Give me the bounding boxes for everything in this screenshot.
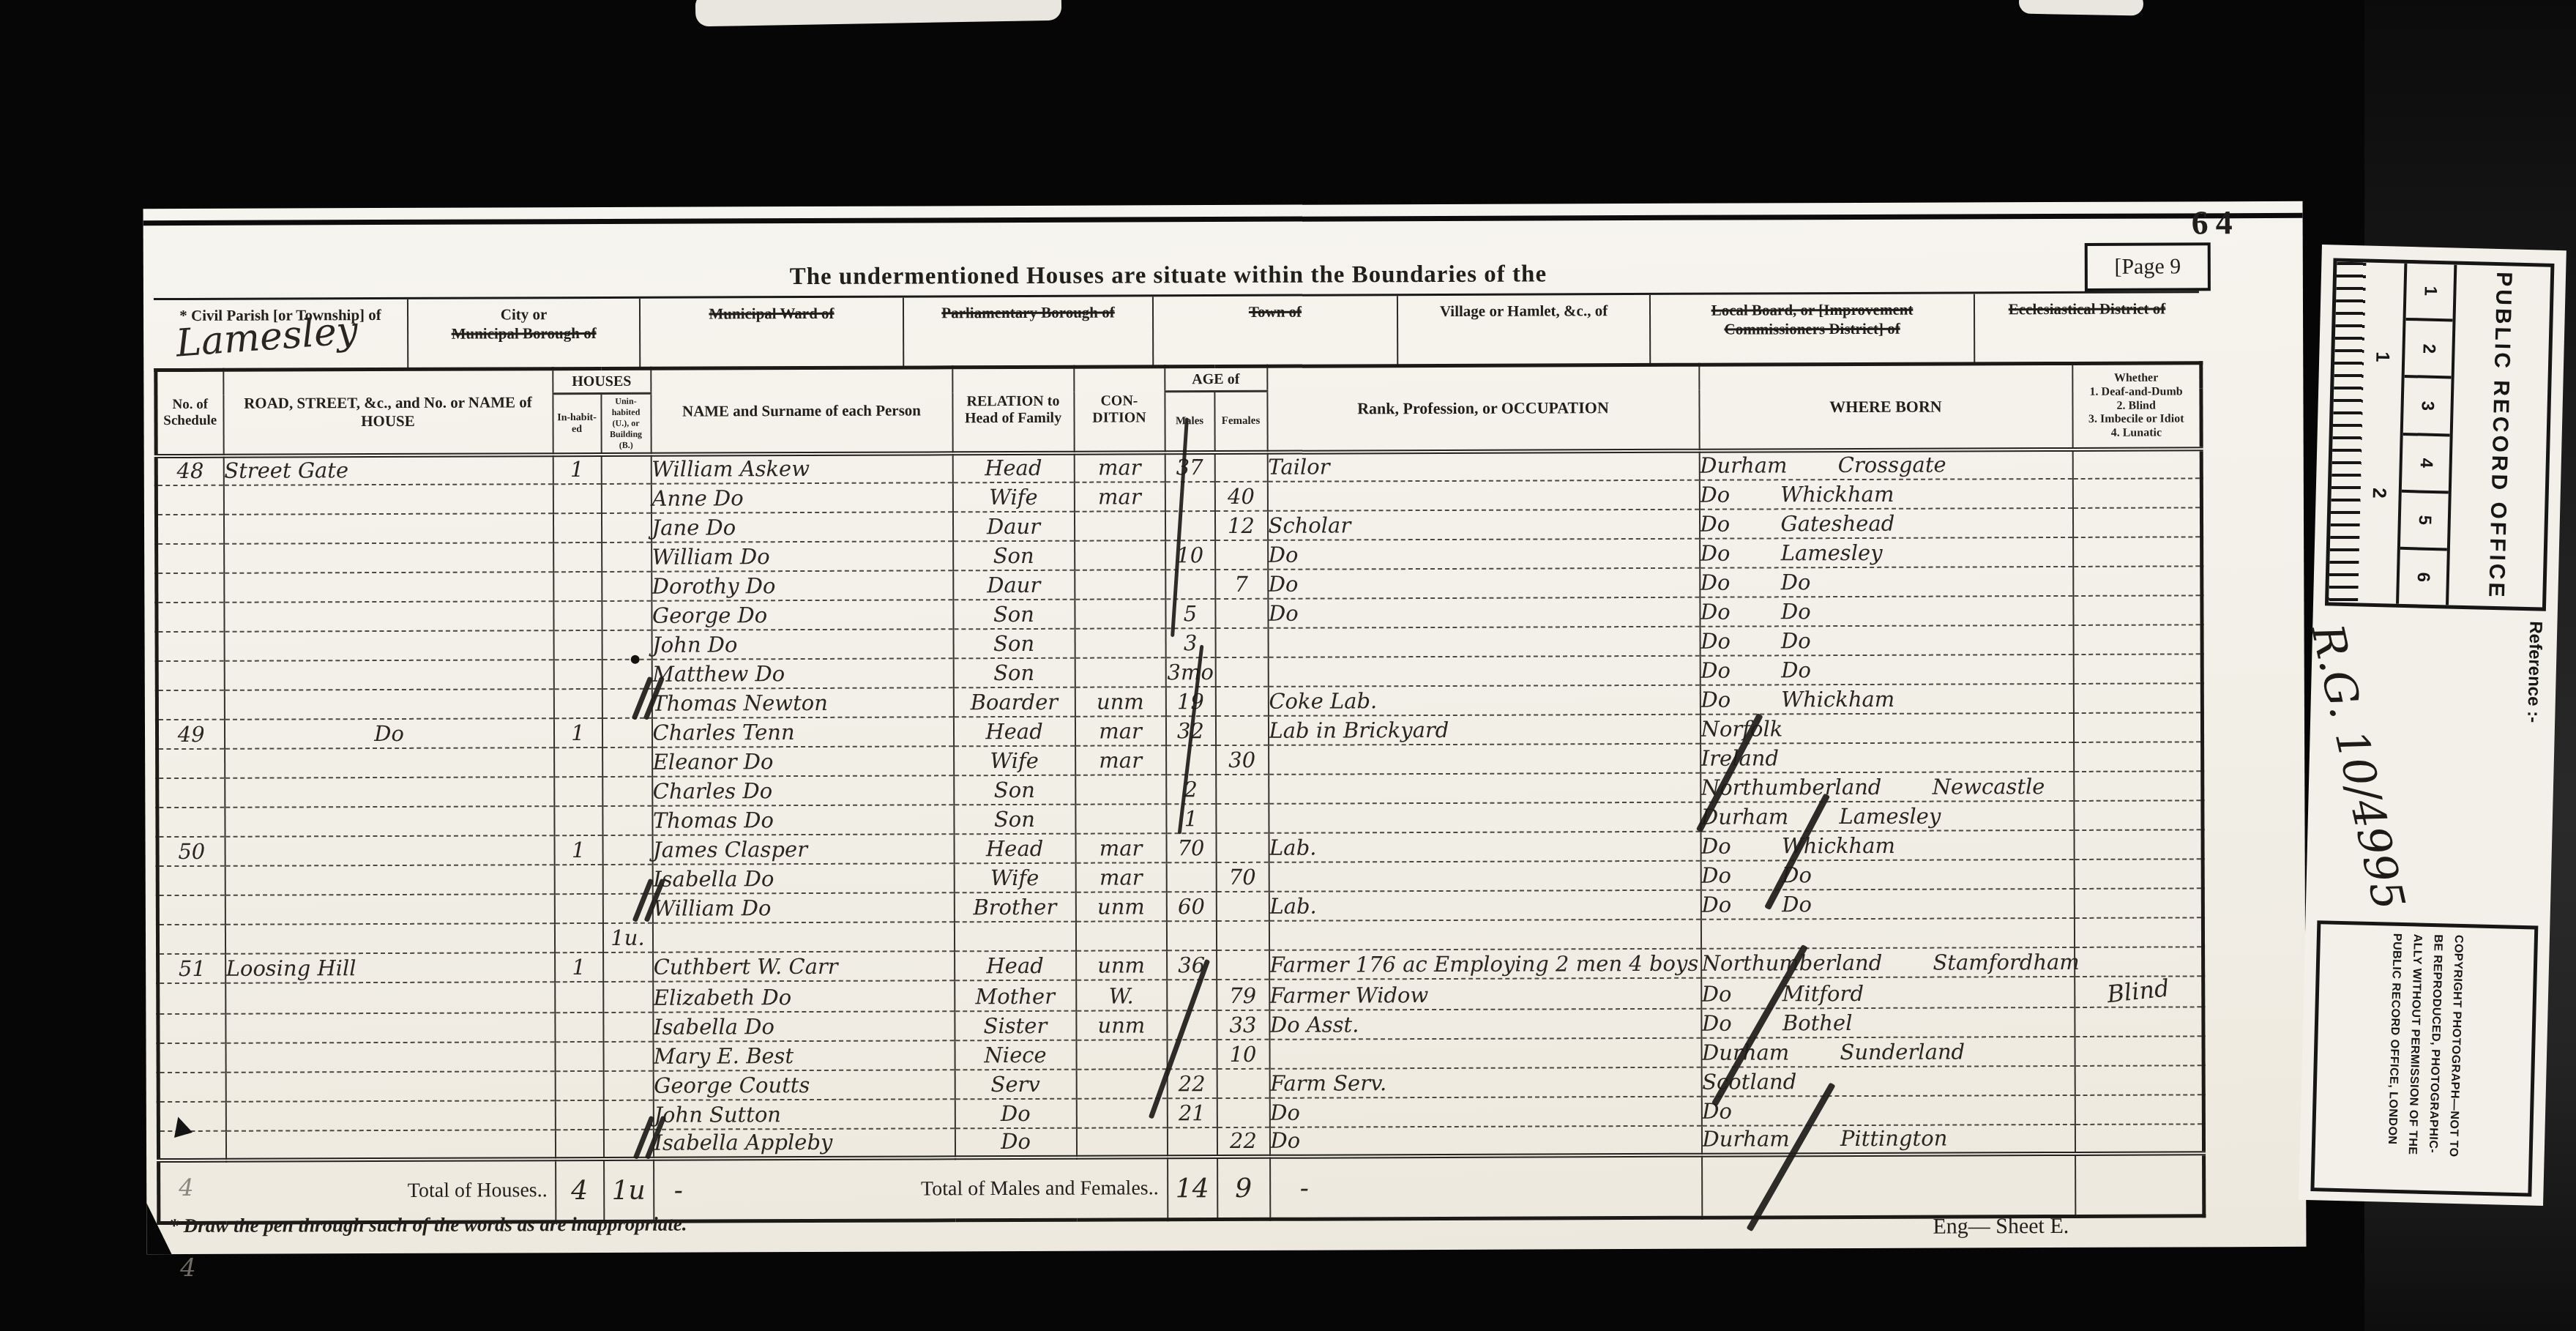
cell-sched <box>157 808 225 837</box>
cell-born: Do Do <box>1700 655 2073 685</box>
cell-road <box>225 835 554 866</box>
cell-dis <box>2073 537 2202 567</box>
cell-sched <box>158 1073 225 1102</box>
cell-am: 22 <box>1167 1069 1217 1098</box>
ruler-segment-number: 6 <box>2413 573 2433 583</box>
cell-inh <box>555 1130 603 1159</box>
cell-am <box>1165 482 1214 511</box>
cell-name: Isabella Do <box>652 863 954 893</box>
cell-name: Mary E. Best <box>653 1040 955 1070</box>
cell-inh <box>554 865 602 894</box>
cell-occ <box>1269 773 1700 804</box>
ruler-segment: 3 <box>2403 378 2452 436</box>
cell-af <box>1217 950 1269 980</box>
ruler-ticks: 12 <box>2329 262 2404 604</box>
cell-inh <box>553 484 601 513</box>
cell-occ: Farmer 176 ac Employing 2 men 4 boys <box>1269 949 1701 980</box>
cell-road <box>225 806 554 837</box>
cell-name: George Do <box>652 600 953 630</box>
cell-occ <box>1268 656 1700 687</box>
cell-inh: 1 <box>554 835 602 865</box>
cell-road: Do <box>224 718 553 749</box>
cell-am: 1 <box>1166 804 1216 833</box>
sheet-top-rule <box>143 213 2303 225</box>
cell-born: Durham Lamesley <box>1700 801 2074 832</box>
cell-uninh <box>602 572 652 601</box>
cell-born: Do Whickham <box>1700 684 2073 715</box>
cell-inh <box>554 894 602 923</box>
ruler-inch-number: 1 <box>2371 351 2394 362</box>
total-persons-dash: - <box>1270 1155 1702 1220</box>
cell-af <box>1216 921 1269 950</box>
cell-name: Thomas Newton <box>652 687 953 717</box>
cell-occ: Do Asst. <box>1269 1009 1701 1040</box>
cell-inh <box>553 689 602 718</box>
cell-uninh <box>601 455 651 484</box>
cell-occ: Farmer Widow <box>1269 978 1701 1010</box>
header-inhabited: In-habit-ed <box>553 393 601 455</box>
pro-ruler: 12 123456 PUBLIC RECORD OFFICE <box>2325 258 2555 611</box>
cell-born: Do Lamesley <box>1700 537 2073 568</box>
cell-name: William Do <box>652 892 954 922</box>
cell-cond <box>1075 921 1166 950</box>
total-houses-uninhabited: 1u <box>604 1159 654 1222</box>
cell-occ: Do <box>1268 597 1700 628</box>
cell-sched <box>156 515 223 544</box>
ruler-segment: 4 <box>2402 435 2450 493</box>
cell-sched <box>157 749 225 778</box>
cell-rel: Brother <box>954 892 1075 922</box>
cell-born: Do Do <box>1700 889 2074 920</box>
cell-uninh <box>602 747 652 777</box>
cell-occ: Do <box>1268 568 1700 599</box>
ruler-inch-number: 2 <box>2368 488 2391 499</box>
pro-reference-value: R.G. 10/4995 <box>2301 619 2414 914</box>
cell-dis <box>2074 859 2203 889</box>
cell-born: Durham Crossgate <box>1699 450 2072 480</box>
cell-born: Do Gateshead <box>1699 508 2072 539</box>
cell-af <box>1217 1098 1269 1127</box>
cell-road <box>224 689 553 720</box>
cell-occ <box>1268 627 1700 657</box>
cell-name: Charles Do <box>652 775 954 805</box>
cell-rel: Serv <box>955 1070 1076 1100</box>
cell-born: Do Do <box>1700 596 2073 627</box>
cell-cond: mar <box>1075 745 1166 775</box>
pro-copyright-notice: COPYRIGHT PHOTOGRAPH—NOT TOBE REPRODUCED… <box>2310 920 2538 1196</box>
cell-af: 12 <box>1214 511 1267 540</box>
cell-rel: Sister <box>955 1011 1076 1041</box>
cell-dis <box>2075 947 2203 977</box>
cell-rel: Son <box>953 600 1075 630</box>
cell-occ <box>1269 861 1700 892</box>
totals-row: Total of Houses.. 4 1u - Total of Males … <box>159 1153 2204 1223</box>
boundary-label: Commissioners District] of <box>1651 319 1974 340</box>
cell-name: Eleanor Do <box>652 746 954 776</box>
cell-dis <box>2074 800 2203 830</box>
cell-sched <box>158 1043 225 1073</box>
cell-uninh <box>602 601 652 630</box>
cell-am: 3mo <box>1165 657 1215 687</box>
boundary-label: Parliamentary Borough of <box>904 302 1152 322</box>
boundary-header-row: * Civil Parish [or Township] ofCity orMu… <box>154 291 2199 370</box>
cell-rel: Wife <box>954 863 1075 893</box>
cell-inh <box>554 923 602 952</box>
cell-road <box>224 543 553 573</box>
boundary-label: Village or Hamlet, &c., of <box>1398 301 1649 321</box>
cell-af <box>1216 892 1269 921</box>
cell-road <box>223 484 553 515</box>
cell-name: Isabella Do <box>653 1011 955 1041</box>
cell-sched: 50 <box>157 837 225 866</box>
header-males: Males <box>1165 392 1214 453</box>
cell-rel: Head <box>952 453 1074 483</box>
cell-road <box>225 1042 555 1073</box>
pro-reference-zone: Reference :- R.G. 10/4995 <box>2305 605 2557 926</box>
cell-rel: Son <box>954 775 1075 805</box>
total-houses-dash: - <box>674 1175 683 1205</box>
cell-af: 70 <box>1216 862 1269 892</box>
cell-rel: Mother <box>955 980 1076 1012</box>
cell-af: 40 <box>1214 482 1267 511</box>
pro-office-name: PUBLIC RECORD OFFICE <box>2483 272 2516 600</box>
cell-cond: W. <box>1076 980 1167 1010</box>
cell-cond <box>1076 1040 1167 1069</box>
cell-born: Do Do <box>1700 567 2073 597</box>
sheet-label: Eng— Sheet E. <box>1933 1214 2069 1239</box>
header-where-born: WHERE BORN <box>1699 363 2072 450</box>
cell-rel: Boarder <box>953 687 1075 717</box>
cell-rel <box>954 922 1075 952</box>
cell-dis <box>2073 595 2202 625</box>
cell-rel: Wife <box>954 746 1075 776</box>
disability-note: Blind <box>2106 974 2171 1008</box>
cell-born: Do Do <box>1700 860 2074 890</box>
cell-road <box>225 865 554 895</box>
cell-dis <box>2074 917 2203 947</box>
stray-pencil-mark: 4 <box>180 1253 196 1283</box>
cell-name: Thomas Do <box>652 805 954 835</box>
cell-af: 10 <box>1217 1040 1269 1069</box>
pencil-mark: 4 <box>179 1174 193 1201</box>
cell-inh <box>555 1071 603 1100</box>
cell-dis <box>2075 1007 2203 1037</box>
cell-inh <box>555 1013 603 1042</box>
page-number-box: [Page 9 <box>2085 242 2211 291</box>
cell-dis <box>2073 712 2202 742</box>
cell-af <box>1216 804 1269 833</box>
cell-af <box>1215 687 1268 716</box>
cell-af <box>1215 540 1268 570</box>
cell-occ: Farm Serv. <box>1269 1067 1701 1098</box>
cell-sched: 49 <box>157 720 224 749</box>
header-occupation: Rank, Profession, or OCCUPATION <box>1267 365 1699 452</box>
cell-inh <box>553 572 602 601</box>
cell-occ <box>1269 744 1700 775</box>
cell-sched <box>157 603 224 632</box>
boundary-label: Local Board, or [Improvement <box>1651 299 1974 320</box>
cell-sched <box>157 866 225 895</box>
cell-am: 19 <box>1165 687 1215 716</box>
census-sheet: 64 [Page 9 The undermentioned Houses are… <box>143 201 2307 1254</box>
cell-road <box>225 747 554 778</box>
cell-cond <box>1076 1127 1167 1157</box>
cell-uninh <box>602 718 652 747</box>
ruler-segment-number: 2 <box>2418 343 2438 354</box>
boundary-cell: Parliamentary Borough of <box>903 297 1152 368</box>
cell-am: 21 <box>1167 1098 1217 1127</box>
cell-name: George Coutts <box>653 1070 955 1100</box>
total-persons-label-cell: - Total of Males and Females.. <box>654 1157 1168 1221</box>
cell-occ: Do <box>1268 539 1700 570</box>
cell-uninh <box>602 835 652 865</box>
cell-dis <box>2075 1036 2203 1066</box>
ruler-segment-number: 4 <box>2416 458 2436 468</box>
cell-name: James Clasper <box>652 834 954 864</box>
cell-af <box>1215 628 1268 657</box>
cell-name: William Askew <box>651 453 952 483</box>
cell-dis <box>2073 566 2202 596</box>
cell-occ <box>1267 480 1699 511</box>
cell-dis <box>2072 449 2201 479</box>
cell-name: William Do <box>652 541 953 571</box>
cell-am <box>1167 1127 1217 1157</box>
cell-dis <box>2072 478 2201 508</box>
cell-name: John Do <box>652 629 953 659</box>
cell-inh <box>553 601 602 630</box>
folio-number: 64 <box>2192 203 2240 242</box>
cell-born: Durham Sunderland <box>1701 1037 2075 1067</box>
header-uninhabited: Unin-habited (U.), or Building (B.) <box>601 393 651 455</box>
cell-name: Cuthbert W. Carr <box>653 951 955 981</box>
cell-rel: Son <box>953 541 1075 571</box>
cell-sched <box>158 983 225 1014</box>
boundary-cell: Town of <box>1152 296 1397 367</box>
cell-name <box>652 922 954 952</box>
cell-sched: 51 <box>158 954 225 983</box>
ruler-segment: 1 <box>2405 264 2454 322</box>
cell-sched <box>157 778 225 808</box>
cell-inh <box>553 660 602 689</box>
cell-af: 79 <box>1217 980 1269 1010</box>
cell-inh <box>553 513 601 543</box>
cell-inh <box>555 1100 603 1130</box>
cell-name: Elizabeth Do <box>653 980 955 1012</box>
cell-occ: Lab. <box>1269 890 1700 921</box>
ruler-segment-number: 3 <box>2417 400 2438 411</box>
cell-rel: Head <box>953 717 1075 747</box>
cell-name: Jane Do <box>651 512 952 542</box>
cell-rel: Son <box>953 658 1075 688</box>
cell-uninh <box>603 1042 653 1071</box>
cell-am: 70 <box>1166 833 1216 862</box>
cell-inh <box>554 747 602 777</box>
cell-inh: 1 <box>553 455 601 484</box>
boundary-label: Ecclesiastical District of <box>1975 299 2199 318</box>
boundary-label: Town of <box>1154 302 1397 321</box>
cell-born <box>1700 918 2074 949</box>
ruler-segment-number: 5 <box>2414 515 2435 525</box>
cell-road <box>225 1013 555 1043</box>
cell-cond: unm <box>1076 950 1167 980</box>
header-disability-line: 1. Deaf-and-Dumb <box>2075 385 2198 399</box>
cell-cond: mar <box>1075 833 1166 862</box>
ruler-segment-number: 1 <box>2419 286 2440 297</box>
cell-af: 7 <box>1215 570 1268 599</box>
cell-af <box>1216 775 1269 804</box>
cell-inh <box>555 982 603 1013</box>
cell-cond: mar <box>1075 716 1165 745</box>
cell-sched <box>157 895 225 925</box>
cell-cond: unm <box>1075 892 1166 921</box>
ruler-segment: 5 <box>2400 493 2449 551</box>
cell-am: 36 <box>1167 950 1217 980</box>
cell-born: Scotland <box>1701 1066 2075 1097</box>
cell-name: Anne Do <box>651 482 952 512</box>
footnote: * Draw the pen through such of the words… <box>168 1213 687 1237</box>
cell-uninh <box>603 952 653 982</box>
cell-dis <box>2075 1124 2203 1154</box>
boundary-cell: Local Board, or [ImprovementCommissioner… <box>1649 294 1974 365</box>
cell-road <box>225 982 555 1014</box>
cell-sched: 48 <box>156 456 223 485</box>
cell-uninh <box>601 513 651 543</box>
header-condition: CON-DITION <box>1074 367 1165 453</box>
boundary-cell: Ecclesiastical District of <box>1974 293 2199 364</box>
cell-dis: Blind <box>2075 976 2203 1007</box>
census-table-body: 48Street Gate1William AskewHeadmar37Tail… <box>156 449 2203 1160</box>
cell-road: Loosing Hill <box>225 952 555 983</box>
cell-occ: Lab in Brickyard <box>1268 715 1700 745</box>
cell-born: Do Do <box>1700 625 2073 656</box>
total-persons-label: Total of Males and Females.. <box>921 1177 1166 1201</box>
cell-road <box>223 513 553 544</box>
cell-inh <box>553 630 602 660</box>
page-number: [Page 9 <box>2114 254 2181 279</box>
cell-cond <box>1074 511 1165 540</box>
cell-road <box>225 1071 555 1102</box>
cell-cond: unm <box>1075 687 1165 716</box>
cell-am <box>1166 862 1216 892</box>
cell-af <box>1217 1069 1269 1098</box>
cell-uninh <box>602 543 652 572</box>
cell-road <box>225 777 554 808</box>
boundary-cell: City orMunicipal Borough of <box>407 299 639 370</box>
cell-cond <box>1075 599 1165 628</box>
cell-rel: Daur <box>953 570 1075 600</box>
cell-sched <box>157 632 224 661</box>
cell-dis <box>2073 683 2202 713</box>
cell-name: Dorothy Do <box>652 570 953 600</box>
header-relation: RELATION to Head of Family <box>952 367 1074 453</box>
pro-reference-label: Reference :- <box>2523 621 2545 723</box>
cell-uninh <box>601 484 651 513</box>
scan-background: 64 [Page 9 The undermentioned Houses are… <box>0 0 2576 1331</box>
cell-occ <box>1269 1038 1701 1069</box>
total-females: 9 <box>1217 1157 1270 1220</box>
cell-born: Do Mitford <box>1701 977 2075 1009</box>
cell-af <box>1215 599 1268 628</box>
cell-uninh <box>603 1071 653 1100</box>
ruler-segment: 2 <box>2405 321 2453 379</box>
header-name: NAME and Surname of each Person <box>651 368 952 455</box>
cell-af <box>1215 716 1268 745</box>
cell-inh <box>554 777 602 806</box>
cell-road <box>225 923 554 954</box>
ruler-segment: 6 <box>2399 550 2447 605</box>
cell-cond <box>1075 775 1166 804</box>
cell-sched <box>157 661 224 690</box>
cell-inh <box>553 543 602 572</box>
cell-occ: Scholar <box>1267 510 1699 540</box>
cell-occ <box>1269 802 1700 833</box>
cell-sched <box>157 690 224 720</box>
cell-sched <box>158 1131 225 1160</box>
cell-dis <box>2073 625 2202 655</box>
cell-cond: mar <box>1074 452 1165 482</box>
ruler-segments: 123456 <box>2396 264 2454 605</box>
cell-uninh <box>602 777 652 806</box>
boundary-label: City or <box>408 305 639 324</box>
cell-cond <box>1076 1069 1167 1098</box>
cell-rel: Son <box>953 629 1075 659</box>
cell-dis <box>2072 507 2201 537</box>
header-females: Females <box>1214 391 1267 452</box>
cell-af <box>1214 452 1267 482</box>
cell-uninh <box>603 982 653 1013</box>
cell-born: Ireland <box>1700 742 2074 773</box>
cell-cond <box>1075 804 1166 833</box>
cell-dis <box>2073 654 2202 684</box>
cell-am: 60 <box>1166 892 1216 921</box>
cell-sched <box>157 544 224 573</box>
cell-road <box>224 630 553 661</box>
cell-am: 10 <box>1165 540 1215 570</box>
header-schedule: No. of Schedule <box>156 370 223 456</box>
cell-dis <box>2075 1095 2203 1125</box>
cell-am: 2 <box>1166 775 1216 804</box>
cell-rel: Niece <box>955 1040 1076 1070</box>
cell-uninh <box>602 806 652 835</box>
cell-af: 30 <box>1216 745 1269 775</box>
cell-sched <box>157 925 225 954</box>
cell-af: 33 <box>1217 1010 1269 1040</box>
census-table-header: No. of Schedule ROAD, STREET, &c., and N… <box>156 363 2201 456</box>
header-disability-line: 4. Lunatic <box>2075 427 2198 441</box>
cell-cond <box>1075 628 1165 657</box>
total-houses-inhabited: 4 <box>556 1159 604 1222</box>
cell-cond <box>1075 657 1165 687</box>
cell-occ: Tailor <box>1267 451 1699 482</box>
cell-born: Do <box>1701 1095 2075 1126</box>
cell-af <box>1215 657 1268 687</box>
cell-occ <box>1269 920 1700 950</box>
cell-sched <box>158 1014 225 1043</box>
cell-inh <box>554 806 602 835</box>
cell-rel: Daur <box>952 512 1074 542</box>
cell-am <box>1167 1010 1217 1040</box>
pro-copyright-lines: COPYRIGHT PHOTOGRAPH—NOT TOBE REPRODUCED… <box>2381 933 2468 1185</box>
cell-occ: Coke Lab. <box>1268 685 1700 716</box>
cell-dis <box>2074 742 2203 772</box>
cell-occ: Do <box>1269 1126 1701 1157</box>
header-disability-line: 2. Blind <box>2075 399 2198 413</box>
cell-dis <box>2074 829 2203 860</box>
boundary-label: Municipal Ward of <box>641 304 903 324</box>
boundary-label: Municipal Borough of <box>408 324 639 343</box>
cell-am <box>1166 921 1216 950</box>
cell-rel: Wife <box>952 482 1074 512</box>
